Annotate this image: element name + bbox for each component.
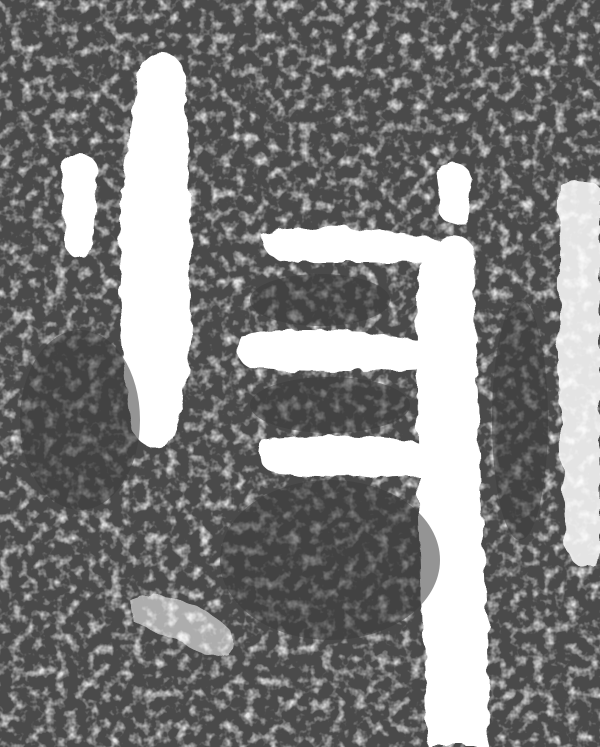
stroke-adjacent-character: [558, 181, 600, 566]
stroke-left-dot: [60, 154, 98, 259]
inscription-rubbing: [0, 0, 600, 747]
